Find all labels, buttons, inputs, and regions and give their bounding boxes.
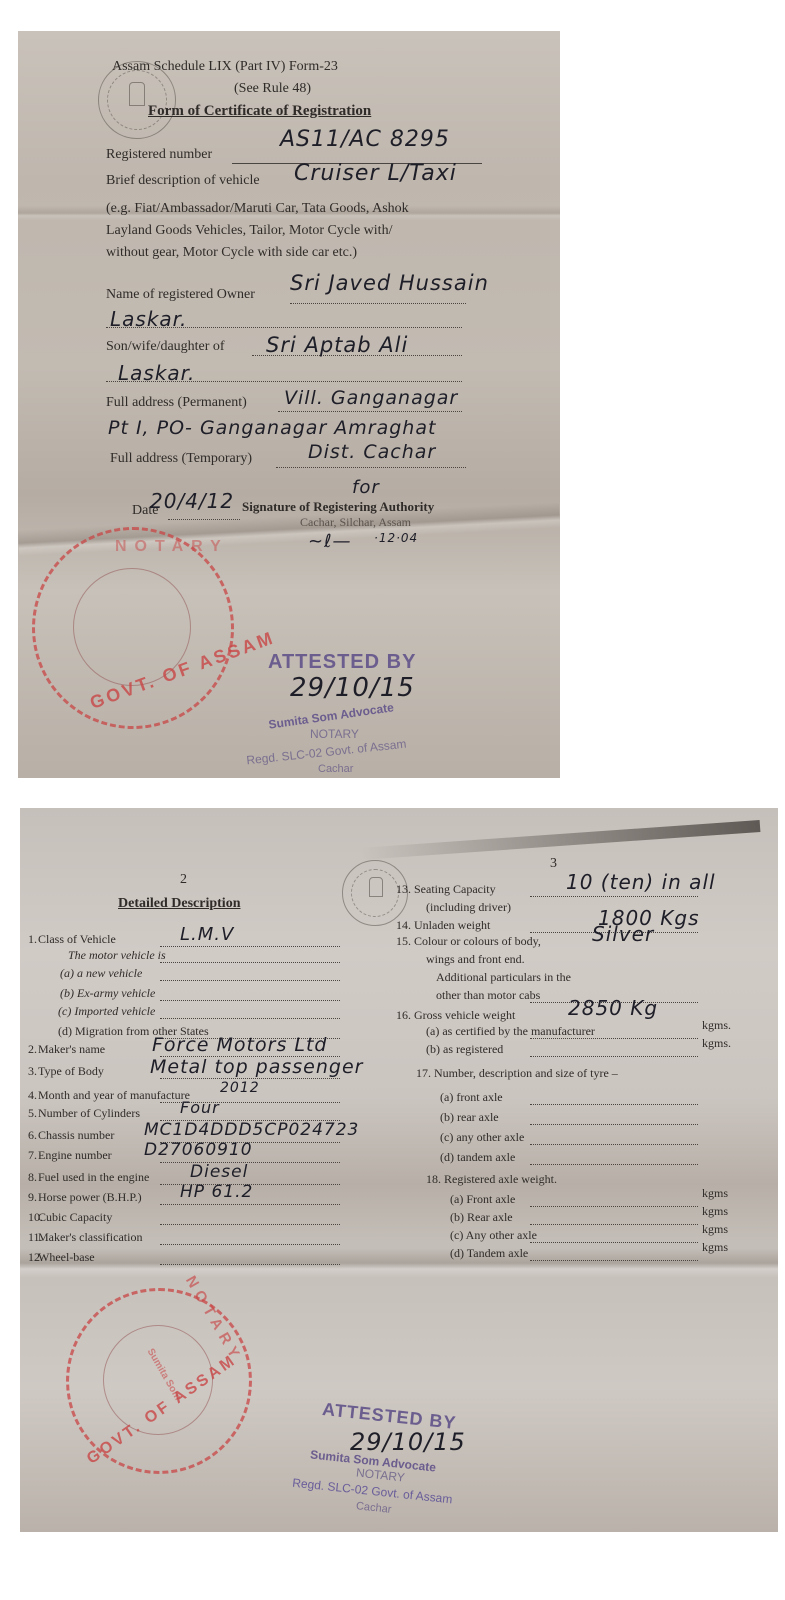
signature-authority-label: Signature of Registering Authority xyxy=(242,499,434,515)
row-label: (d) Tandem axle xyxy=(450,1246,528,1261)
permanent-address-label: Full address (Permanent) xyxy=(106,395,247,411)
row-number: 8. xyxy=(28,1170,37,1185)
row-label: Horse power (B.H.P.) xyxy=(38,1190,142,1205)
authority-signature: ~ℓ— xyxy=(308,531,352,552)
row-label: Maker's name xyxy=(38,1042,105,1057)
authority-place: Cachar, Silchar, Assam xyxy=(300,515,411,530)
row-label: wings and front end. xyxy=(426,952,525,967)
row-label: Fuel used in the engine xyxy=(38,1170,149,1185)
row-label: other than motor cabs xyxy=(436,988,540,1003)
row-number: 1. xyxy=(28,932,37,947)
row-value: Metal top passenger xyxy=(150,1056,363,1078)
parent-name-label: Son/wife/daughter of xyxy=(106,339,225,355)
row-number: 9. xyxy=(28,1190,37,1205)
emblem-icon xyxy=(129,82,145,106)
page-shadow xyxy=(361,820,761,860)
owner-name-value: Sri Javed Hussain xyxy=(290,271,489,295)
row-label: 15. Colour or colours of body, xyxy=(396,934,541,949)
attested-by-stamp: ATTESTED BY xyxy=(268,651,416,674)
row-value: 2012 xyxy=(220,1080,260,1096)
row-label: Wheel-base xyxy=(38,1250,95,1265)
row-value: Diesel xyxy=(190,1162,248,1182)
examples-line-1: (e.g. Fiat/Ambassador/Maruti Car, Tata G… xyxy=(106,201,409,217)
row-label: (including driver) xyxy=(426,900,511,915)
row-label: The motor vehicle is xyxy=(68,948,166,963)
row-number: 7. xyxy=(28,1148,37,1163)
row-label: (b) rear axle xyxy=(440,1110,499,1125)
registered-number-label: Registered number xyxy=(106,147,212,163)
examples-line-3: without gear, Motor Cycle with side car … xyxy=(106,245,357,261)
row-number: 6. xyxy=(28,1128,37,1143)
row-label: Cubic Capacity xyxy=(38,1210,112,1225)
permanent-address-value: Vill. Ganganagar xyxy=(284,387,458,409)
row-number: 4. xyxy=(28,1088,37,1103)
row-label: (c) Imported vehicle xyxy=(58,1004,155,1019)
page-number-2: 2 xyxy=(180,872,187,888)
row-label: (b) Ex-army vehicle xyxy=(60,986,155,1001)
row-label: Type of Body xyxy=(38,1064,104,1079)
row-value: D27060910 xyxy=(144,1140,253,1160)
row-value: 10 (ten) in all xyxy=(566,870,716,894)
row-label: 17. Number, description and size of tyre… xyxy=(416,1066,618,1081)
row-value: Force Motors Ltd xyxy=(152,1034,327,1056)
row-value: 2850 Kg xyxy=(568,996,658,1020)
row-value: HP 61.2 xyxy=(180,1182,253,1202)
row-label: (b) Rear axle xyxy=(450,1210,513,1225)
notary-seal: GOVT. OF ASSAM NOTARY Sumita Som xyxy=(66,1288,252,1474)
examples-line-2: Layland Goods Vehicles, Tailor, Motor Cy… xyxy=(106,223,392,239)
signature-initials: for xyxy=(352,477,380,498)
row-label: Number of Cylinders xyxy=(38,1106,140,1121)
certificate-page-2: 2 Detailed Description 1.Class of Vehicl… xyxy=(20,808,778,1532)
vehicle-description-label: Brief description of vehicle xyxy=(106,173,260,189)
row-value: L.M.V xyxy=(180,924,234,945)
row-label: Maker's classification xyxy=(38,1230,142,1245)
emblem-icon xyxy=(369,877,383,897)
row-label: 18. Registered axle weight. xyxy=(426,1172,557,1187)
permanent-address-value-line2: Pt I, PO- Ganganagar Amraghat xyxy=(108,417,436,439)
notary-seal: GOVT. OF ASSAM NOTARY xyxy=(32,527,234,729)
seal-top-text: NOTARY xyxy=(115,538,229,556)
row-label: Additional particulars in the xyxy=(436,970,571,985)
detailed-description-heading: Detailed Description xyxy=(118,896,240,912)
row-label: (c) Any other axle xyxy=(450,1228,537,1243)
unit-label: kgms xyxy=(702,1222,728,1237)
row-label: Chassis number xyxy=(38,1128,114,1143)
page-number-3: 3 xyxy=(550,856,557,872)
row-number: 2. xyxy=(28,1042,37,1057)
owner-name-value-line2: Laskar. xyxy=(110,307,187,331)
row-number: 3. xyxy=(28,1064,37,1079)
unit-label: kgms xyxy=(702,1240,728,1255)
row-label: 16. Gross vehicle weight xyxy=(396,1008,515,1023)
row-label: (a) Front axle xyxy=(450,1192,515,1207)
form-title: Form of Certificate of Registration xyxy=(148,103,371,120)
unit-label: kgms. xyxy=(702,1018,731,1033)
row-label: (a) as certified by the manufacturer xyxy=(426,1024,595,1039)
notary-place: Cachar xyxy=(318,763,353,775)
form-schedule-heading: Assam Schedule LIX (Part IV) Form-23 xyxy=(112,59,338,75)
registered-number-value: AS11/AC 8295 xyxy=(280,127,450,152)
unit-label: kgms. xyxy=(702,1036,731,1051)
row-label: Engine number xyxy=(38,1148,112,1163)
row-value: Silver xyxy=(592,922,654,946)
row-value: Four xyxy=(180,1098,220,1117)
row-label: (d) tandem axle xyxy=(440,1150,515,1165)
notary-place: Cachar xyxy=(355,1500,392,1516)
notary-title: NOTARY xyxy=(310,727,359,741)
row-number: 5. xyxy=(28,1106,37,1121)
owner-name-label: Name of registered Owner xyxy=(106,287,255,303)
parent-name-value-line2: Laskar. xyxy=(118,361,195,385)
row-label: (b) as registered xyxy=(426,1042,503,1057)
paper-fold xyxy=(20,1248,778,1278)
vehicle-description-value: Cruiser L/Taxi xyxy=(294,161,457,186)
row-label: 14. Unladen weight xyxy=(396,918,490,933)
row-label: (c) any other axle xyxy=(440,1130,524,1145)
date-value: 20/4/12 xyxy=(150,489,234,513)
unit-label: kgms xyxy=(702,1204,728,1219)
rule-reference: (See Rule 48) xyxy=(234,81,311,97)
temporary-address-label: Full address (Temporary) xyxy=(110,451,252,467)
row-label: (a) a new vehicle xyxy=(60,966,142,981)
row-label: Class of Vehicle xyxy=(38,932,116,947)
certificate-page-1: Assam Schedule LIX (Part IV) Form-23 (Se… xyxy=(18,31,560,778)
temporary-address-value: Dist. Cachar xyxy=(308,441,436,463)
attestation-date: 29/10/15 xyxy=(350,1428,466,1456)
signature-date-note: ·12·04 xyxy=(374,531,418,545)
row-label: (a) front axle xyxy=(440,1090,503,1105)
row-value: MC1D4DDD5CP024723 xyxy=(144,1120,359,1140)
attestation-date: 29/10/15 xyxy=(290,673,415,703)
unit-label: kgms xyxy=(702,1186,728,1201)
parent-name-value: Sri Aptab Ali xyxy=(266,333,408,357)
row-label: Month and year of manufacture xyxy=(38,1088,190,1103)
row-label: 13. Seating Capacity xyxy=(396,882,496,897)
